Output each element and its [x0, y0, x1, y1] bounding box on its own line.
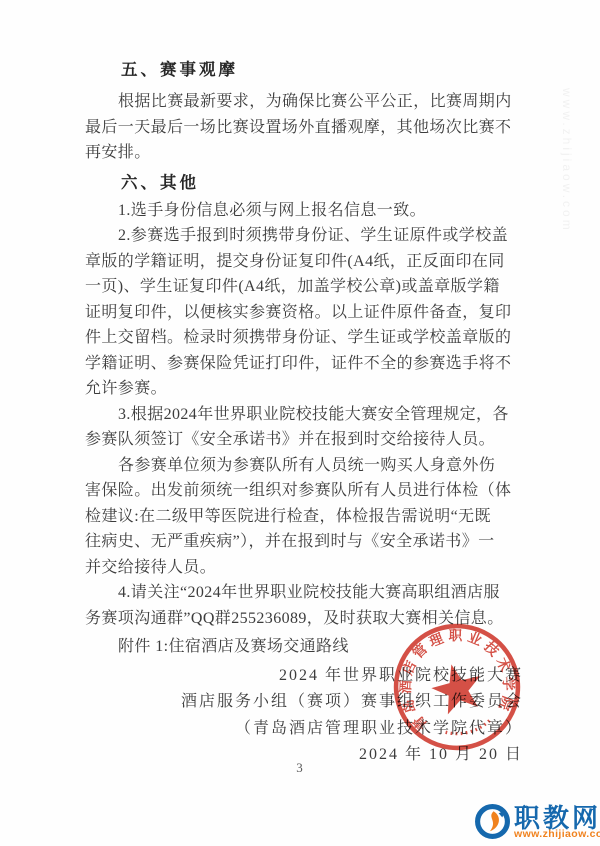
doc-line: 一页)、学生证复印件(A4纸，加盖学校公章)或盖章版学籍: [85, 274, 523, 300]
doc-line: 1.选手身份信息必须与网上报名信息一致。: [85, 198, 523, 224]
doc-line: 最后一天最后一场比赛设置场外直播观摩，其他场次比赛不: [85, 115, 523, 141]
doc-line: 允许参赛。: [85, 376, 523, 402]
doc-line: 参赛队须签订《安全承诺书》并在报到时交给接待人员。: [85, 427, 523, 453]
doc-line: 再安排。: [85, 140, 523, 166]
closing-line: 酒店服务小组（赛项）赛事组织工作委员会: [85, 689, 523, 716]
side-watermark: www.zhijiaow.com: [560, 88, 574, 233]
doc-line: 2.参赛选手报到时须携带身份证、学生证原件或学校盖: [85, 223, 523, 249]
doc-line: 章版的学籍证明，提交身份证复印件(A4纸，正反面印在同: [85, 249, 523, 275]
site-logo: 职教网 www.zhijiaow.com: [472, 799, 598, 843]
doc-line: 学籍证明、参赛保险凭证打印件，证件不全的参赛选手将不: [85, 351, 523, 377]
page-number: 3: [0, 760, 600, 776]
doc-line: 各参赛单位须为参赛队所有人员统一购买人身意外伤: [85, 453, 523, 479]
doc-line: 证明复印件，以便核实参赛资格。以上证件原件备查，复印: [85, 300, 523, 326]
doc-line: 根据比赛最新要求，为确保比赛公平公正，比赛周期内: [85, 89, 523, 115]
doc-line: 3.根据2024年世界职业院校技能大赛安全管理规定，各: [85, 402, 523, 428]
signature-block: 2024 年世界职业院校技能大赛 酒店服务小组（赛项）赛事组织工作委员会 （青岛…: [85, 663, 523, 769]
document-page: www.zhijiaow.com 五、赛事观摩 根据比赛最新要求，为确保比赛公平…: [0, 0, 600, 846]
document-body: 五、赛事观摩 根据比赛最新要求，为确保比赛公平公正，比赛周期内 最后一天最后一场…: [85, 56, 523, 769]
attachment-line: 附件 1:住宿酒店及赛场交通路线: [85, 634, 523, 660]
doc-line: 4.请关注“2024年世界职业院校技能大赛高职组酒店服: [85, 580, 523, 606]
section-5-heading: 五、赛事观摩: [85, 56, 523, 83]
doc-line: 务赛项沟通群”QQ群255236089，及时获取大赛相关信息。: [85, 606, 523, 632]
closing-line: （青岛酒店管理职业技术学院代章）: [85, 716, 523, 743]
doc-line: 害保险。出发前须统一组织对参赛队所有人员进行体检（体: [85, 478, 523, 504]
doc-line: 往病史、无严重疾病”），并在报到时与《安全承诺书》一: [85, 529, 523, 555]
logo-url: www.zhijiaow.com: [514, 828, 600, 840]
doc-line: 件上交留档。检录时须携带身份证、学生证或学校盖章版的: [85, 325, 523, 351]
closing-line: 2024 年世界职业院校技能大赛: [85, 663, 523, 690]
section-6-heading: 六、其他: [85, 169, 523, 196]
doc-line: 检建议:在二级甲等医院进行检查，体检报告需说明“无既: [85, 504, 523, 530]
doc-line: 并交给接待人员。: [85, 555, 523, 581]
logo-swirl-icon: [474, 803, 511, 840]
